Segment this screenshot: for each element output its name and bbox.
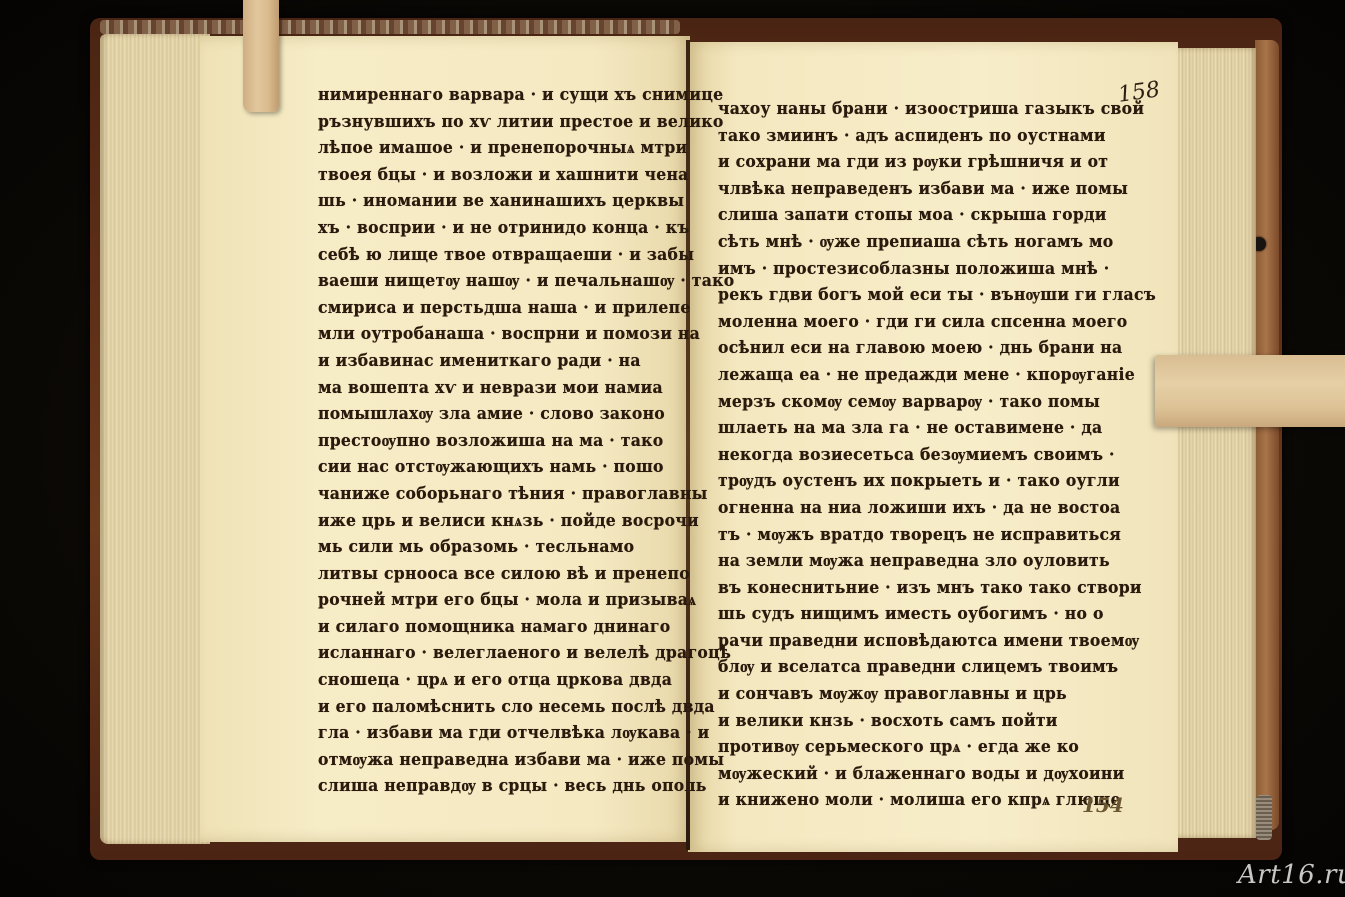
manuscript-line: трѹдъ оустенъ их покрыеть и · тако оугли [718, 468, 1156, 495]
manuscript-line: престоѹпно возложиша на ма · тако [318, 428, 734, 455]
manuscript-line: и сохрани ма гди из рѹки грѣшничя и от [718, 149, 1156, 176]
right-page-text: чахоу наны брани · изоостриша газыкъ сво… [718, 96, 1156, 814]
manuscript-line: ма вошепта хѵ и неврази мои намиа [318, 375, 734, 402]
manuscript-line: мерзъ скомѹ семѹ варварѹ · тако помы [718, 389, 1156, 416]
manuscript-line: тъ · мѹжъ вратдо творецъ не исправиться [718, 522, 1156, 549]
manuscript-line: хъ · восприи · и не отринидо конца · къ [318, 215, 734, 242]
manuscript-line: тако змиинъ · адъ аспиденъ по оустнами [718, 123, 1156, 150]
metal-corner-fitting [1256, 795, 1272, 840]
manuscript-line: противѹ серьмеского црѧ · егда же ко [718, 734, 1156, 761]
manuscript-line: исланнаго · велеглаеного и велелѣ драгоц… [318, 640, 734, 667]
manuscript-line: и его паломѣснить сло несемь послѣ двда [318, 694, 734, 721]
manuscript-line: на земли мѹжа неправедна зло оуловить [718, 548, 1156, 575]
manuscript-line: осѣнил еси на главою моею · днь брани на [718, 335, 1156, 362]
folio-number-bottom: 154 [1082, 793, 1124, 817]
left-page-stack [100, 34, 210, 844]
manuscript-line: блѹ и вселатса праведни слицемъ твоимъ [718, 654, 1156, 681]
manuscript-line: твоея бцы · и возложи и хашнити чена [318, 162, 734, 189]
manuscript-line: помышлахѹ зла амие · слово законо [318, 401, 734, 428]
watermark: Art16.ru [1238, 860, 1345, 890]
manuscript-line: шь судъ нищимъ иместь оубогимъ · но о [718, 601, 1156, 628]
manuscript-line: лѣпое имашое · и пренепорочныѧ мтри [318, 135, 734, 162]
manuscript-line: иже црь и велиси кнѧзь · пойде восрочи [318, 508, 734, 535]
manuscript-line: и силаго помощника намаго днинаго [318, 614, 734, 641]
manuscript-line: слиша неправдѹ в срцы · весь днь ополь [318, 773, 734, 800]
manuscript-line: чахоу наны брани · изоостриша газыкъ сво… [718, 96, 1156, 123]
manuscript-line: шь · иномании ве ханинашихъ церквы [318, 188, 734, 215]
manuscript-photo: нимиреннаго варвара · и сущи хъ снимице … [0, 0, 1345, 897]
manuscript-line: въ конеснитьние · изъ мнъ тако тако ство… [718, 575, 1156, 602]
manuscript-line: лежаща еа · не предажди мене · кпорѹгані… [718, 362, 1156, 389]
manuscript-line: рачи праведни исповѣдаютса имени твоемѹ [718, 628, 1156, 655]
manuscript-line: имъ · простезисоблазны положиша мнѣ · [718, 256, 1156, 283]
manuscript-line: сѣть мнѣ · ѹже препиаша сѣть ногамъ мо [718, 229, 1156, 256]
manuscript-line: себѣ ю лище твое отвращаеши · и забы [318, 242, 734, 269]
manuscript-line: сии нас отстѹжающихъ намь · пошо [318, 454, 734, 481]
wooden-bookmark-top [243, 0, 279, 112]
manuscript-line: некогда возиесетьса безѹмиемъ своимъ · [718, 442, 1156, 469]
manuscript-line: ваеши нищетѹ нашѹ · и печальнашѹ · тако [318, 268, 734, 295]
left-page-text: нимиреннаго варвара · и сущи хъ снимице … [318, 82, 734, 800]
manuscript-line: рекъ гдви богъ мой еси ты · вънѹши ги гл… [718, 282, 1156, 309]
manuscript-line: рочней мтри его бцы · мола и призываѧ [318, 587, 734, 614]
manuscript-line: шлаеть на ма зла га · не оставимене · да [718, 415, 1156, 442]
manuscript-line: литвы срнооса все силою вѣ и пренепо [318, 561, 734, 588]
manuscript-line: мь сили мь образомь · тесльнамо [318, 534, 734, 561]
manuscript-line: моленна моего · гди ги сила спсенна моег… [718, 309, 1156, 336]
manuscript-line: члвѣка неправеденъ избави ма · иже помы [718, 176, 1156, 203]
wooden-bookmark-right [1155, 355, 1345, 427]
cover-top-edge [100, 20, 680, 34]
manuscript-line: нимиреннаго варвара · и сущи хъ снимице [318, 82, 734, 109]
manuscript-line: огненна на ниа ложиши ихъ · да не востоа [718, 495, 1156, 522]
manuscript-line: смириса и перстьдша наша · и прилепе [318, 295, 734, 322]
manuscript-line: слиша запати стопы моа · скрыша горди [718, 202, 1156, 229]
manuscript-line: мѹжеский · и блаженнаго воды и дѹхоини [718, 761, 1156, 788]
cover-right-edge [1255, 40, 1279, 830]
manuscript-line: ръзнувшихъ по хѵ литии престое и велико [318, 109, 734, 136]
manuscript-line: и велики кнзь · восхоть самъ пойти [718, 708, 1156, 735]
manuscript-line: и сончавъ мѹжѹ правоглавны и црь [718, 681, 1156, 708]
manuscript-line: мли оутробанаша · воспрни и помози на [318, 321, 734, 348]
right-page-stack [1170, 48, 1256, 838]
manuscript-line: сношеца · црѧ и его отца цркова двда [318, 667, 734, 694]
manuscript-line: отмѹжа неправедна избави ма · иже помы [318, 747, 734, 774]
manuscript-line: чаниже соборьнаго тѣния · правоглавны [318, 481, 734, 508]
manuscript-line: гла · избави ма гди отчелвѣка лѹкава · и [318, 720, 734, 747]
manuscript-line: и избавинас имениткаго ради · на [318, 348, 734, 375]
